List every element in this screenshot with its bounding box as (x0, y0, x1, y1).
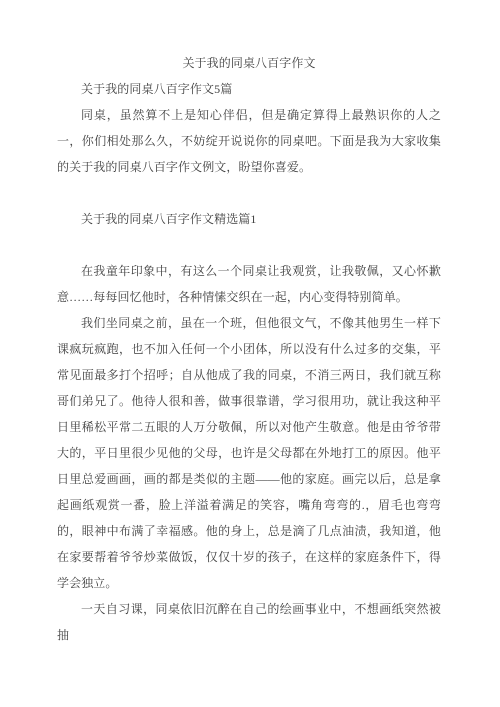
document-body: 关于我的同桌八百字作文5篇同桌，虽然算不上是知心伴侣，但是确定算得上最熟识你的人… (57, 76, 441, 648)
paragraph-4: 在我童年印象中，有这么一个同桌让我观赏，让我敬佩，又心怀歉意……每每回忆他时，各… (57, 258, 441, 310)
paragraph-5: 我们坐同桌之前，虽在一个班，但他很文气，不像其他男生一样下课疯玩疯跑，也不加入任… (57, 310, 441, 596)
paragraph-3: 关于我的同桌八百字作文精选篇1 (57, 206, 441, 232)
document-page: 关于我的同桌八百字作文 关于我的同桌八百字作文5篇同桌，虽然算不上是知心伴侣，但… (57, 50, 441, 648)
document-title: 关于我的同桌八百字作文 (57, 50, 441, 76)
paragraph-1: 关于我的同桌八百字作文5篇 (57, 76, 441, 102)
paragraph-2: 同桌，虽然算不上是知心伴侣，但是确定算得上最熟识你的人之一，你们相处那么久，不妨… (57, 102, 441, 180)
paragraph-6: 一天自习课，同桌依旧沉醉在自己的绘画事业中，不想画纸突然被抽 (57, 596, 441, 648)
